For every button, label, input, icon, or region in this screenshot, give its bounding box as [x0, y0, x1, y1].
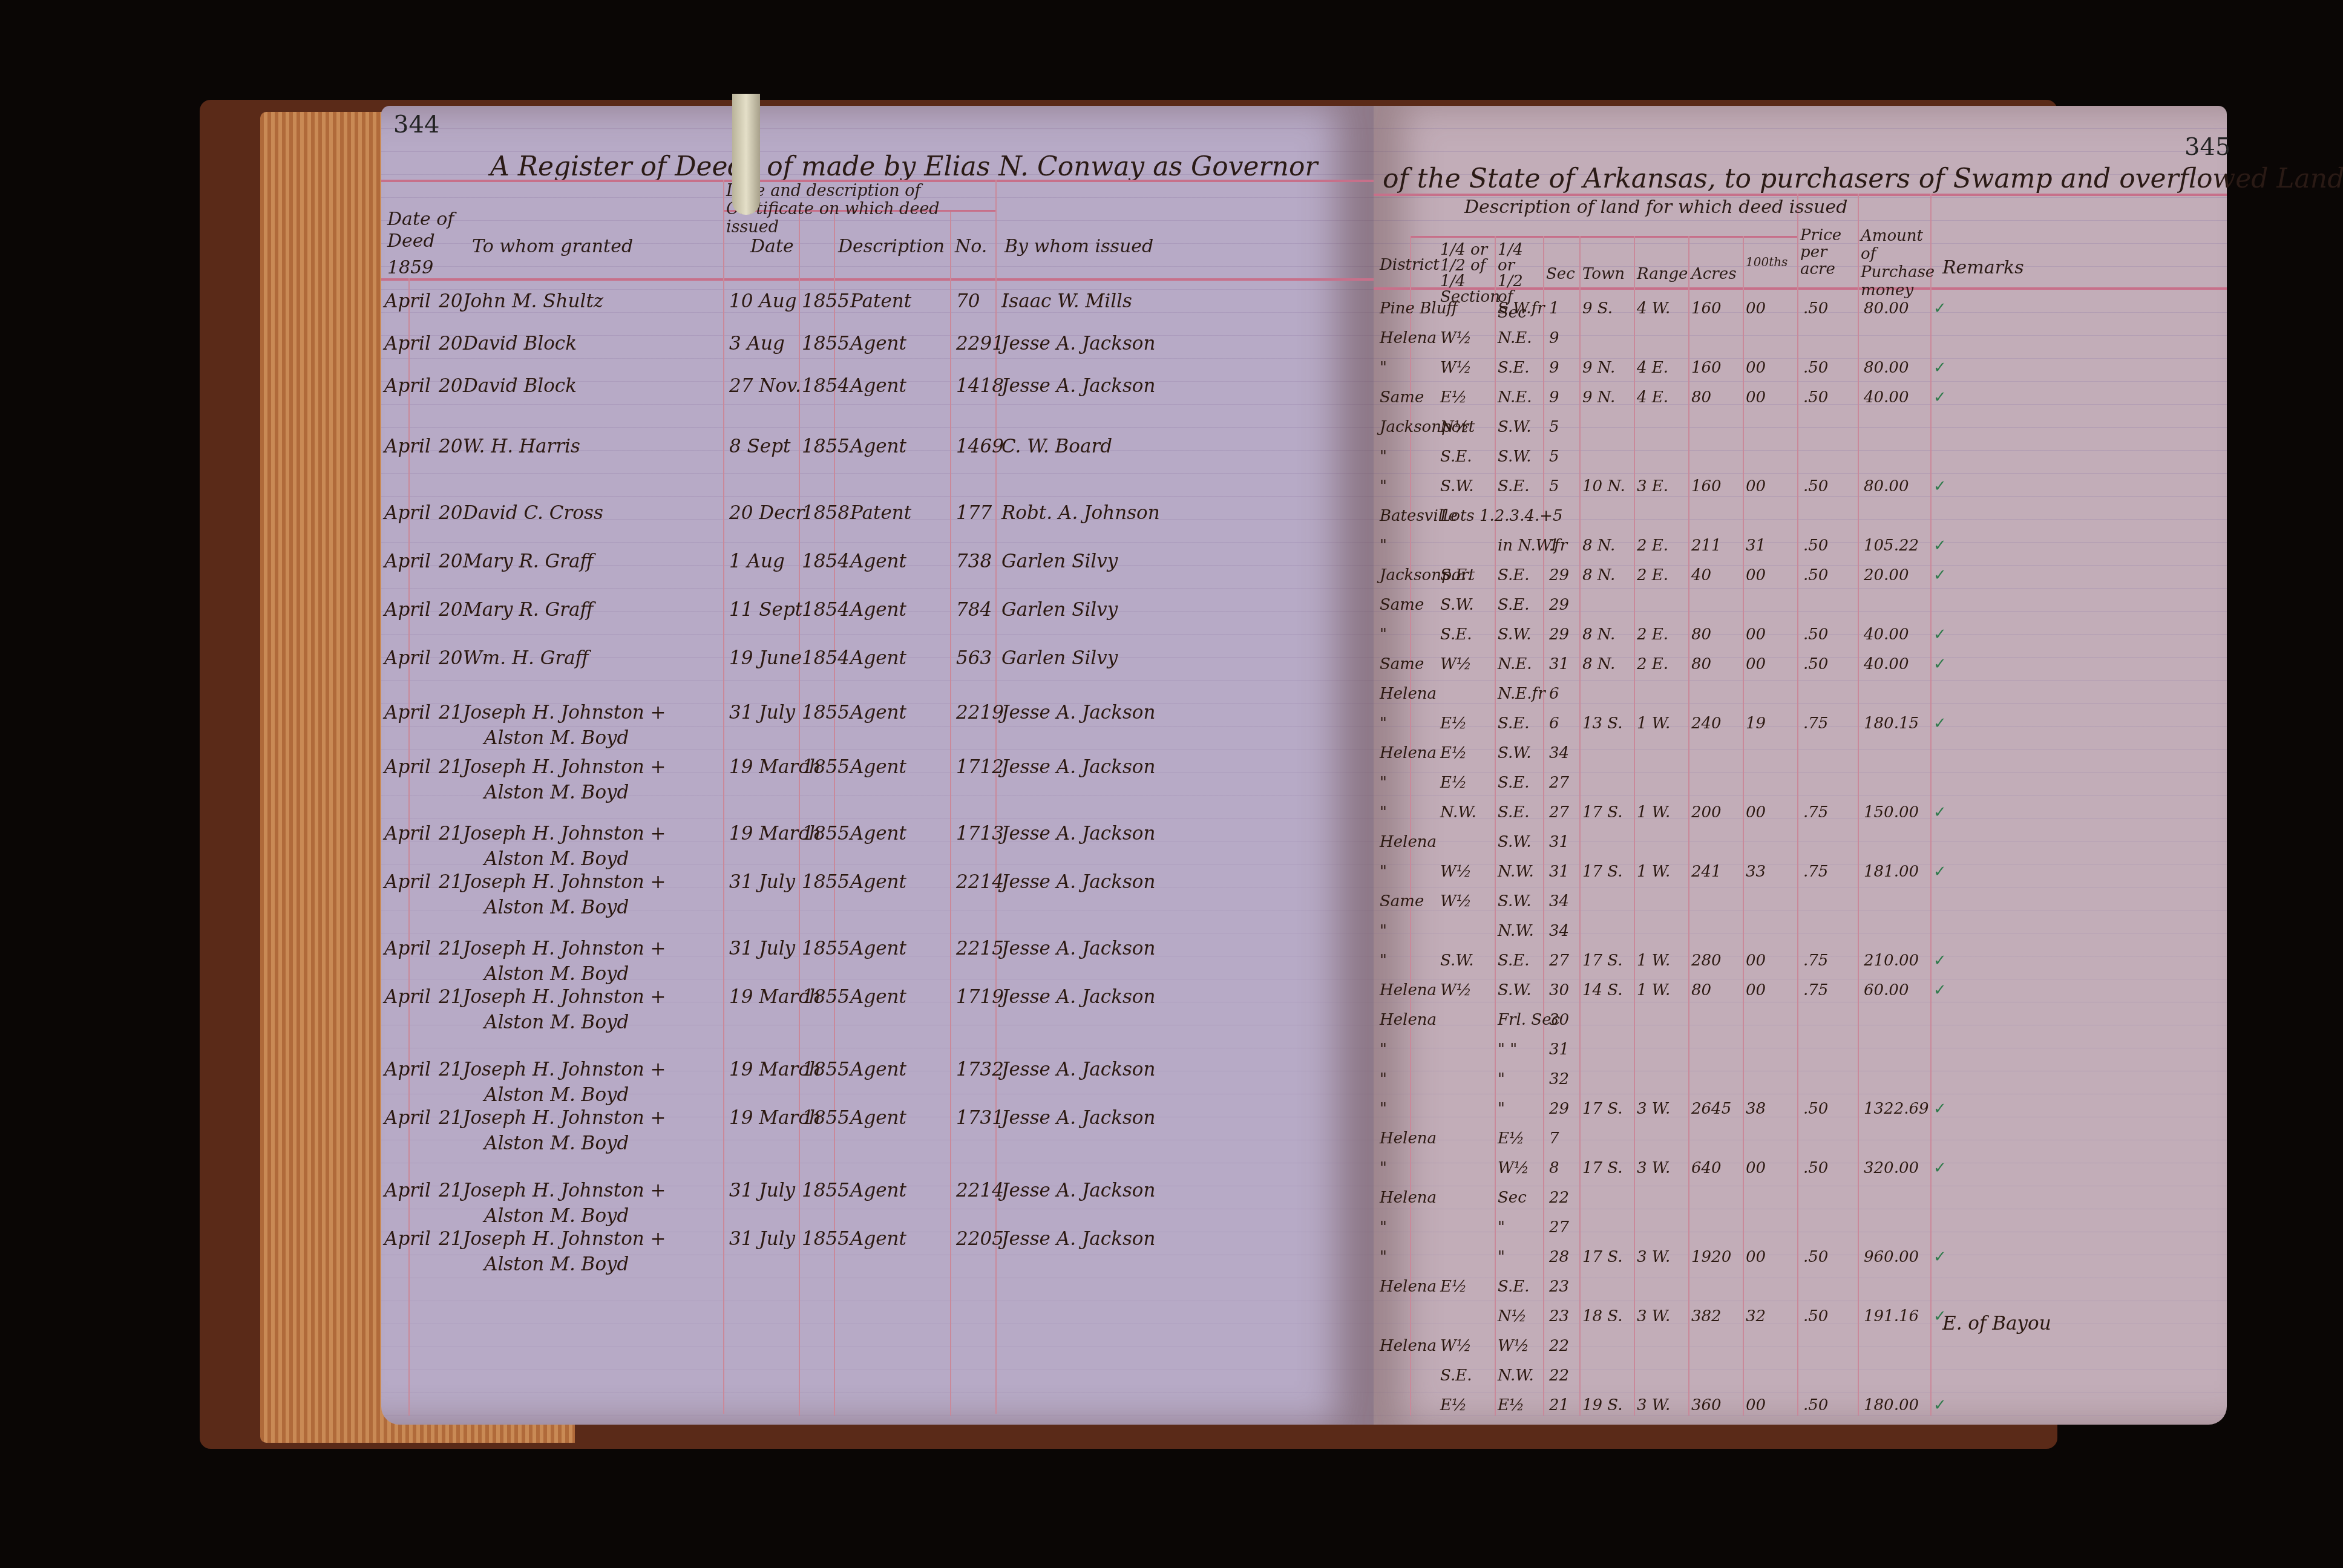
quarter: S.W.	[1498, 418, 1532, 436]
quarter: N½	[1498, 1307, 1527, 1325]
quarter-section: E½	[1440, 1278, 1467, 1296]
range: 1 W.	[1637, 981, 1670, 999]
deed-day: 20	[439, 599, 462, 621]
verified-check-icon: ✓	[1933, 1159, 1947, 1177]
quarter: S.E.	[1498, 477, 1529, 495]
acres: 80	[1691, 388, 1711, 407]
quarter-section: E½	[1440, 714, 1467, 733]
cert-number: 1713	[956, 823, 1004, 844]
cert-year: 1855	[802, 756, 850, 778]
acres: 382	[1691, 1307, 1722, 1325]
co-grantee-name: Alston M. Boyd	[484, 1132, 629, 1154]
issued-by: C. W. Board	[1001, 436, 1112, 457]
section: 31	[1549, 655, 1569, 673]
quarter: " "	[1498, 1040, 1517, 1059]
cert-number: 784	[956, 599, 992, 621]
district: Helena	[1380, 329, 1437, 347]
range: 3 W.	[1637, 1307, 1670, 1325]
register-title: A Register of Deeds of made by Elias N. …	[490, 151, 1317, 182]
cert-date: 1 Aug	[729, 550, 785, 572]
quarter: N.W.	[1498, 922, 1534, 940]
deed-day: 20	[439, 333, 462, 354]
district: "	[1380, 714, 1387, 733]
co-grantee-name: Alston M. Boyd	[484, 1205, 629, 1227]
grantee-name: Mary R. Graff	[463, 550, 594, 572]
purchase-amount: 40.00	[1864, 655, 1909, 673]
quarter-section: S.W.	[1440, 952, 1474, 970]
price-per-acre: .50	[1803, 1248, 1828, 1266]
cert-number: 2291	[956, 333, 1004, 354]
section: 28	[1549, 1248, 1569, 1266]
cert-description: Agent	[850, 333, 906, 354]
header-quarter-section: 1/4 or 1/2 of 1/4 Section	[1440, 242, 1495, 305]
hundredths: 00	[1746, 1396, 1766, 1414]
range: 3 E.	[1637, 477, 1668, 495]
price-per-acre: .50	[1803, 1396, 1828, 1414]
quarter: "	[1498, 1070, 1505, 1088]
township: 8 N.	[1582, 566, 1615, 584]
quarter: S.W.	[1498, 744, 1532, 762]
cert-date: 19 June	[729, 647, 802, 669]
township: 9 S.	[1582, 299, 1613, 318]
header-rule	[1374, 194, 2227, 196]
cert-number: 1731	[956, 1107, 1004, 1129]
verified-check-icon: ✓	[1933, 981, 1947, 999]
quarter-section: N½	[1440, 418, 1469, 436]
section: 27	[1549, 774, 1569, 792]
purchase-amount: 80.00	[1864, 299, 1909, 318]
grantee-name: Joseph H. Johnston +	[463, 938, 666, 959]
co-grantee-name: Alston M. Boyd	[484, 1084, 629, 1106]
cert-year: 1855	[802, 871, 850, 893]
quarter-section: S.W.	[1440, 477, 1474, 495]
issued-by: Jesse A. Jackson	[1001, 1180, 1155, 1201]
section: 22	[1549, 1189, 1569, 1207]
district: "	[1380, 922, 1387, 940]
quarter-section: S.E.	[1440, 1367, 1472, 1385]
header-town: Town	[1582, 263, 1625, 285]
cert-number: 177	[956, 502, 992, 524]
col-divider	[1688, 236, 1689, 1416]
price-per-acre: .50	[1803, 1100, 1828, 1118]
section: 22	[1549, 1367, 1569, 1385]
cert-year: 1854	[802, 550, 850, 572]
header-date: Date	[750, 236, 794, 258]
grantee-name: David Block	[463, 333, 577, 354]
verified-check-icon: ✓	[1933, 803, 1947, 822]
section: 29	[1549, 626, 1569, 644]
price-per-acre: .75	[1803, 863, 1828, 881]
price-per-acre: .50	[1803, 477, 1828, 495]
deed-month: April	[384, 823, 431, 844]
price-per-acre: .75	[1803, 714, 1828, 733]
col-divider	[723, 180, 724, 1414]
section: 6	[1549, 714, 1559, 733]
district: "	[1380, 1070, 1387, 1088]
verified-check-icon: ✓	[1933, 359, 1947, 377]
cert-year: 1855	[802, 986, 850, 1008]
cert-year: 1855	[802, 436, 850, 457]
quarter-section: W½	[1440, 892, 1472, 910]
deed-day: 21	[439, 1180, 462, 1201]
cert-number: 1712	[956, 756, 1004, 778]
cert-year: 1855	[802, 1228, 850, 1250]
cert-description: Agent	[850, 1228, 906, 1250]
grantee-name: Mary R. Graff	[463, 599, 594, 621]
acres: 1920	[1691, 1248, 1731, 1266]
section: 21	[1549, 1396, 1569, 1414]
quarter: S.W.	[1498, 833, 1532, 851]
range: 1 W.	[1637, 714, 1670, 733]
col-divider	[950, 212, 951, 1416]
district: Helena	[1380, 685, 1437, 703]
grantee-name: Joseph H. Johnston +	[463, 1228, 666, 1250]
deed-month: April	[384, 1228, 431, 1250]
col-divider	[1743, 236, 1744, 1416]
grantee-name: Joseph H. Johnston +	[463, 1180, 666, 1201]
district: Same	[1380, 388, 1424, 407]
range: 1 W.	[1637, 803, 1670, 822]
header-by-whom-issued: By whom issued	[1004, 236, 1153, 258]
header-year: 1859	[387, 257, 433, 279]
district: Helena	[1380, 1011, 1437, 1029]
purchase-amount: 180.15	[1864, 714, 1919, 733]
header-district: District	[1380, 254, 1440, 276]
issued-by: Jesse A. Jackson	[1001, 756, 1155, 778]
hundredths: 00	[1746, 952, 1766, 970]
header-acres: Acres	[1691, 263, 1737, 285]
cert-description: Agent	[850, 871, 906, 893]
district: "	[1380, 1100, 1387, 1118]
cert-date: 11 Sept	[729, 599, 802, 621]
quarter: W½	[1498, 1159, 1529, 1177]
cert-year: 1855	[802, 702, 850, 724]
district: Helena	[1380, 1278, 1437, 1296]
district: Helena	[1380, 833, 1437, 851]
deed-month: April	[384, 1107, 431, 1129]
cert-number: 738	[956, 550, 992, 572]
district: Helena	[1380, 1337, 1437, 1355]
deed-month: April	[384, 871, 431, 893]
purchase-amount: 181.00	[1864, 863, 1919, 881]
verified-check-icon: ✓	[1933, 952, 1947, 970]
cert-date: 10 Aug	[729, 290, 797, 312]
right-page-number: 345	[2184, 133, 2230, 161]
cert-date: 31 July	[729, 1180, 795, 1201]
issued-by: Robt. A. Johnson	[1001, 502, 1160, 524]
cert-number: 2214	[956, 871, 1004, 893]
section: 1	[1549, 537, 1559, 555]
price-per-acre: .50	[1803, 388, 1828, 407]
deed-month: April	[384, 1059, 431, 1080]
verified-check-icon: ✓	[1933, 626, 1947, 644]
issued-by: Jesse A. Jackson	[1001, 333, 1155, 354]
deed-day: 20	[439, 436, 462, 457]
quarter: "	[1498, 1248, 1505, 1266]
acres: 240	[1691, 714, 1722, 733]
quarter: N.E.	[1498, 655, 1532, 673]
grantee-name: Joseph H. Johnston +	[463, 871, 666, 893]
range: 2 E.	[1637, 566, 1668, 584]
verified-check-icon: ✓	[1933, 299, 1947, 318]
cert-description: Agent	[850, 599, 906, 621]
acres: 2645	[1691, 1100, 1731, 1118]
issued-by: Jesse A. Jackson	[1001, 1107, 1155, 1129]
issued-by: Jesse A. Jackson	[1001, 986, 1155, 1008]
township: 8 N.	[1582, 537, 1615, 555]
cert-description: Agent	[850, 1180, 906, 1201]
quarter-section: W½	[1440, 329, 1472, 347]
quarter: S.E.	[1498, 952, 1529, 970]
district: "	[1380, 1040, 1387, 1059]
section: 30	[1549, 1011, 1569, 1029]
deed-day: 20	[439, 550, 462, 572]
cert-description: Agent	[850, 986, 906, 1008]
deed-day: 21	[439, 986, 462, 1008]
section: 23	[1549, 1278, 1569, 1296]
section: 31	[1549, 1040, 1569, 1059]
district: "	[1380, 626, 1387, 644]
quarter: "	[1498, 1100, 1505, 1118]
quarter: S.E.	[1498, 359, 1529, 377]
land-group-rule	[1410, 236, 1797, 238]
issued-by: Jesse A. Jackson	[1001, 823, 1155, 844]
purchase-amount: 210.00	[1864, 952, 1919, 970]
district: Helena	[1380, 1189, 1437, 1207]
header-date-of-deed: Date of Deed	[387, 209, 460, 252]
district: "	[1380, 359, 1387, 377]
district: Same	[1380, 892, 1424, 910]
hundredths: 00	[1746, 1159, 1766, 1177]
purchase-amount: 960.00	[1864, 1248, 1919, 1266]
acres: 200	[1691, 803, 1722, 822]
section: 23	[1549, 1307, 1569, 1325]
deed-day: 21	[439, 756, 462, 778]
acres: 160	[1691, 299, 1722, 318]
verified-check-icon: ✓	[1933, 655, 1947, 673]
grantee-name: Joseph H. Johnston +	[463, 756, 666, 778]
register-title-continued: of the State of Arkansas, to purchasers …	[1383, 163, 2343, 194]
grantee-name: Joseph H. Johnston +	[463, 823, 666, 844]
remark-text: E. of Bayou	[1942, 1313, 2051, 1334]
section: 30	[1549, 981, 1569, 999]
deed-month: April	[384, 702, 431, 724]
cert-description: Agent	[850, 823, 906, 844]
header-cert-group: Date and description of Certificate on w…	[726, 182, 992, 237]
purchase-amount: 40.00	[1864, 388, 1909, 407]
quarter: S.W.	[1498, 892, 1532, 910]
cert-description: Agent	[850, 1107, 906, 1129]
quarter: S.W.	[1498, 981, 1532, 999]
deed-month: April	[384, 647, 431, 669]
range: 4 E.	[1637, 388, 1668, 407]
purchase-amount: 80.00	[1864, 477, 1909, 495]
section: 7	[1549, 1129, 1559, 1148]
district: "	[1380, 1248, 1387, 1266]
issued-by: Garlen Silvy	[1001, 647, 1118, 669]
range: 4 W.	[1637, 299, 1670, 318]
price-per-acre: .50	[1803, 626, 1828, 644]
quarter: W½	[1498, 1337, 1529, 1355]
township: 17 S.	[1582, 1248, 1623, 1266]
district: "	[1380, 1218, 1387, 1236]
cert-year: 1855	[802, 290, 850, 312]
issued-by: Jesse A. Jackson	[1001, 702, 1155, 724]
section: 5	[1549, 477, 1559, 495]
grantee-name: David C. Cross	[463, 502, 603, 524]
header-remarks: Remarks	[1942, 257, 2024, 279]
cert-number: 2219	[956, 702, 1004, 724]
district: Helena	[1380, 744, 1437, 762]
purchase-amount: 40.00	[1864, 626, 1909, 644]
cert-description: Agent	[850, 375, 906, 397]
acres: 360	[1691, 1396, 1722, 1414]
deed-day: 21	[439, 823, 462, 844]
issued-by: Jesse A. Jackson	[1001, 938, 1155, 959]
district: "	[1380, 774, 1387, 792]
issued-by: Jesse A. Jackson	[1001, 1059, 1155, 1080]
cert-number: 2214	[956, 1180, 1004, 1201]
deed-month: April	[384, 550, 431, 572]
hundredths: 00	[1746, 803, 1766, 822]
verified-check-icon: ✓	[1933, 1396, 1947, 1414]
section: 27	[1549, 803, 1569, 822]
cert-number: 1469	[956, 436, 1004, 457]
section: 27	[1549, 952, 1569, 970]
section: 9	[1549, 359, 1559, 377]
col-divider	[1495, 236, 1496, 1416]
section: 22	[1549, 1337, 1569, 1355]
cert-description: Agent	[850, 938, 906, 959]
header-description: Description	[838, 236, 945, 258]
co-grantee-name: Alston M. Boyd	[484, 782, 629, 803]
cert-number: 563	[956, 647, 992, 669]
section: 34	[1549, 922, 1569, 940]
section: 5	[1549, 448, 1559, 466]
range: 2 E.	[1637, 655, 1668, 673]
right-page: 345 of the State of Arkansas, to purchas…	[1374, 106, 2227, 1425]
quarter-section: E½	[1440, 774, 1467, 792]
district: Pine Bluff	[1380, 299, 1458, 318]
cert-date: 20 Decr	[729, 502, 805, 524]
deed-month: April	[384, 502, 431, 524]
cert-year: 1855	[802, 1059, 850, 1080]
left-page-number: 344	[393, 111, 439, 139]
cert-description: Agent	[850, 1059, 906, 1080]
price-per-acre: .75	[1803, 981, 1828, 999]
header-bottom-rule	[381, 278, 1374, 281]
township: 14 S.	[1582, 981, 1623, 999]
section: 5	[1549, 418, 1559, 436]
quarter-section: S.E.	[1440, 448, 1472, 466]
cert-date: 8 Sept	[729, 436, 790, 457]
hundredths: 00	[1746, 359, 1766, 377]
hundredths: 31	[1746, 537, 1766, 555]
quarter: S.E.	[1498, 774, 1529, 792]
price-per-acre: .50	[1803, 1159, 1828, 1177]
acres: 80	[1691, 981, 1711, 999]
cert-year: 1858	[802, 502, 850, 524]
purchase-amount: 105.22	[1864, 537, 1919, 555]
col-divider	[1634, 236, 1635, 1416]
township: 8 N.	[1582, 655, 1615, 673]
deed-day: 21	[439, 1107, 462, 1129]
cert-year: 1855	[802, 823, 850, 844]
quarter-section: W½	[1440, 655, 1472, 673]
grantee-name: John M. Shultz	[463, 290, 603, 312]
cert-description: Agent	[850, 647, 906, 669]
district: Same	[1380, 596, 1424, 614]
deed-day: 20	[439, 290, 462, 312]
quarter: S.E.	[1498, 596, 1529, 614]
quarter: S.W.fr	[1498, 299, 1545, 318]
acres: 160	[1691, 477, 1722, 495]
deed-month: April	[384, 986, 431, 1008]
deed-day: 21	[439, 1059, 462, 1080]
district: Helena	[1380, 1129, 1437, 1148]
price-per-acre: .50	[1803, 655, 1828, 673]
co-grantee-name: Alston M. Boyd	[484, 963, 629, 985]
township: 19 S.	[1582, 1396, 1623, 1414]
district: "	[1380, 537, 1387, 555]
township: 9 N.	[1582, 359, 1615, 377]
ledger-book: 344 A Register of Deeds of made by Elias…	[182, 94, 2048, 1455]
cert-year: 1854	[802, 375, 850, 397]
district: "	[1380, 1159, 1387, 1177]
verified-check-icon: ✓	[1933, 388, 1947, 407]
township: 17 S.	[1582, 1100, 1623, 1118]
range: 1 W.	[1637, 952, 1670, 970]
quarter: E½	[1498, 1129, 1524, 1148]
acres: 40	[1691, 566, 1711, 584]
range: 3 W.	[1637, 1159, 1670, 1177]
quarter-section: W½	[1440, 981, 1472, 999]
range: 4 E.	[1637, 359, 1668, 377]
acres: 80	[1691, 626, 1711, 644]
deed-day: 21	[439, 938, 462, 959]
district: Helena	[1380, 981, 1437, 999]
quarter-section: S.W.	[1440, 596, 1474, 614]
acres: 160	[1691, 359, 1722, 377]
cert-year: 1855	[802, 1107, 850, 1129]
verified-check-icon: ✓	[1933, 714, 1947, 733]
section: 31	[1549, 833, 1569, 851]
col-divider	[1797, 194, 1798, 1416]
section: 1	[1549, 299, 1559, 318]
cert-year: 1855	[802, 1180, 850, 1201]
deed-day: 21	[439, 1228, 462, 1250]
left-page: 344 A Register of Deeds of made by Elias…	[381, 106, 1374, 1425]
quarter: N.E.fr	[1498, 685, 1545, 703]
section: 29	[1549, 1100, 1569, 1118]
quarter-section: S.E.	[1440, 626, 1472, 644]
section: 9	[1549, 329, 1559, 347]
township: 17 S.	[1582, 863, 1623, 881]
quarter-section: N.W.	[1440, 803, 1476, 822]
deed-month: April	[384, 1180, 431, 1201]
township: 17 S.	[1582, 952, 1623, 970]
quarter: E½	[1498, 1396, 1524, 1414]
quarter: Sec	[1498, 1189, 1527, 1207]
co-grantee-name: Alston M. Boyd	[484, 1253, 629, 1275]
quarter: S.E.	[1498, 1278, 1529, 1296]
deed-day: 20	[439, 647, 462, 669]
issued-by: Jesse A. Jackson	[1001, 375, 1155, 397]
grantee-name: David Block	[463, 375, 577, 397]
hundredths: 00	[1746, 566, 1766, 584]
col-divider	[1410, 236, 1411, 1416]
range: 2 E.	[1637, 537, 1668, 555]
